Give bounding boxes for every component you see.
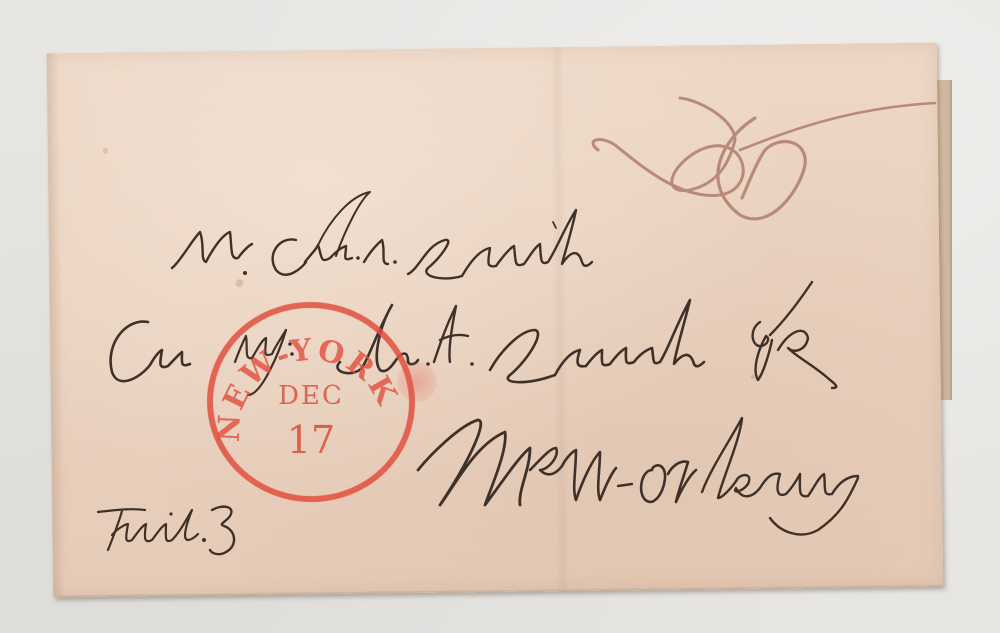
new-york-postmark: NEW-YORK DEC 17	[207, 302, 415, 502]
docket-ink	[98, 507, 234, 555]
manuscript-ink-layer	[0, 0, 1000, 633]
address-line-1-ink	[172, 192, 592, 278]
postmark-month: DEC	[207, 378, 415, 408]
address-line-3-ink	[418, 418, 858, 534]
postmark-ink-smudge	[397, 362, 437, 402]
postmark-day: 17	[207, 418, 415, 462]
rate-marking-flourish	[593, 98, 935, 219]
